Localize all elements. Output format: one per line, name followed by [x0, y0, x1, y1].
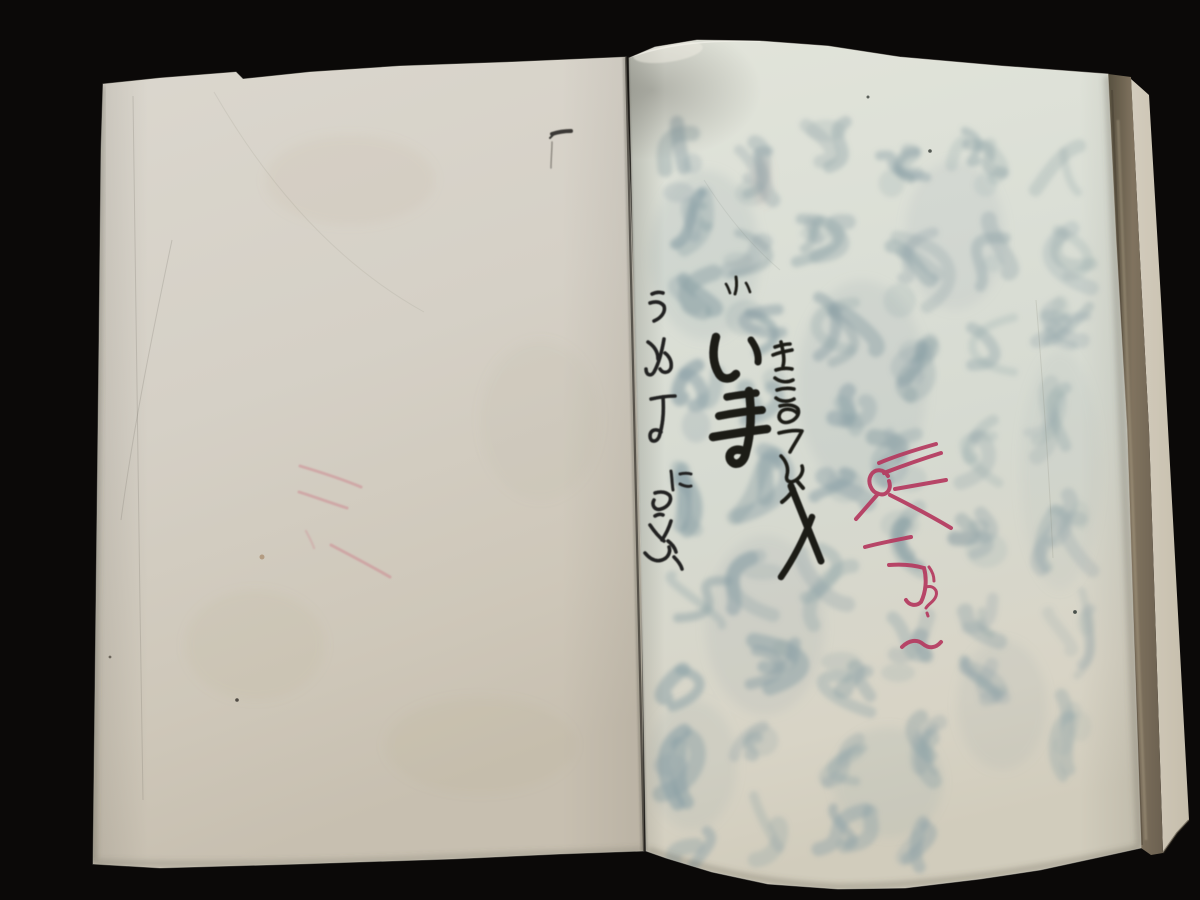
red-dot — [927, 613, 928, 616]
book-photo — [0, 0, 1200, 900]
left-page — [93, 57, 644, 868]
brown-fleck — [260, 555, 265, 560]
photo-stage — [0, 0, 1200, 900]
right-page-shading — [629, 40, 1141, 889]
